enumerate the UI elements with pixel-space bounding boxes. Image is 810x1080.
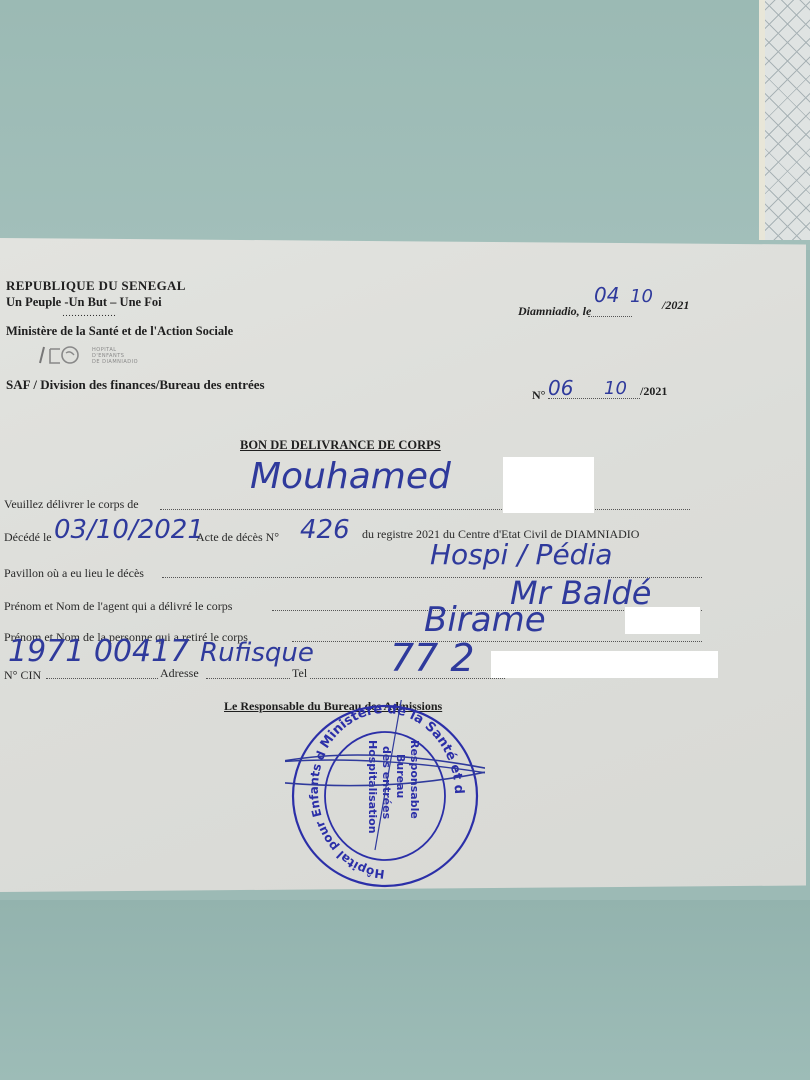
handwritten-number: 06 xyxy=(548,376,573,400)
tel-label: Tel xyxy=(292,666,307,681)
deceased-date-label: Décédé le xyxy=(4,530,52,545)
cin-dotline xyxy=(46,678,158,679)
cin-label: N° CIN xyxy=(4,668,41,683)
hospital-logo: HOPITAL D'ENFANTS DE DIAMNIADIO xyxy=(34,343,174,369)
address-dotline xyxy=(206,678,290,679)
redaction-box xyxy=(625,607,700,634)
background-surface-bottom xyxy=(0,900,810,1080)
background-surface-top xyxy=(0,0,810,250)
background-tiles xyxy=(759,0,810,240)
number-year: /2021 xyxy=(640,384,667,399)
svg-text:Bureau: Bureau xyxy=(394,754,407,798)
handwritten-pavilion: Hospi / Pédia xyxy=(430,538,612,571)
department-name: SAF / Division des finances/Bureau des e… xyxy=(6,377,265,393)
deliver-label: Veuillez délivrer le corps de xyxy=(4,497,139,512)
country-heading: REPUBLIQUE DU SENEGAL xyxy=(6,278,186,294)
hospital-logo-line3: DE DIAMNIADIO xyxy=(92,359,138,365)
header-separator: ……………… xyxy=(62,308,116,318)
address-label: Adresse xyxy=(160,666,199,681)
redaction-box xyxy=(503,457,594,513)
number-label: N° xyxy=(532,388,545,403)
handwritten-death-act-number: 426 xyxy=(300,515,350,545)
handwritten-deceased-name: Mouhamed xyxy=(250,456,451,497)
svg-text:Hospitalisation: Hospitalisation xyxy=(366,740,379,834)
official-stamp: Ministère de la Santé et de l'Action Soc… xyxy=(285,700,485,890)
deliver-dotline xyxy=(160,509,690,510)
stamp-icon: Ministère de la Santé et de l'Action Soc… xyxy=(285,700,485,890)
handwritten-cin-number: 1971 00417 xyxy=(8,634,189,669)
svg-text:Responsable: Responsable xyxy=(408,740,421,819)
agent-label: Prénom et Nom de l'agent qui a délivré l… xyxy=(4,599,232,614)
handwritten-phone: 77 2 xyxy=(390,636,475,680)
redaction-box xyxy=(491,651,718,678)
ministry-name: Ministère de la Santé et de l'Action Soc… xyxy=(6,324,233,339)
handwritten-number-month: 10 xyxy=(604,378,627,399)
handwritten-collector-name: Birame xyxy=(424,600,546,640)
death-act-label: Acte de décès N° xyxy=(196,530,279,545)
document-title: BON DE DELIVRANCE DE CORPS xyxy=(240,438,441,453)
pavilion-label: Pavillon où a eu lieu le décès xyxy=(4,566,144,581)
date-dotline xyxy=(588,316,632,317)
collector-dotline xyxy=(292,641,702,642)
handwritten-date-month: 10 xyxy=(630,286,653,307)
handwritten-date-day: 04 xyxy=(594,283,619,307)
handwritten-address: Rufisque xyxy=(200,638,314,668)
handwritten-deceased-date: 03/10/2021 xyxy=(54,515,204,545)
place-date-label: Diamniadio, le xyxy=(518,304,591,319)
hospital-logo-icon xyxy=(34,343,84,367)
date-year: /2021 xyxy=(662,298,689,313)
